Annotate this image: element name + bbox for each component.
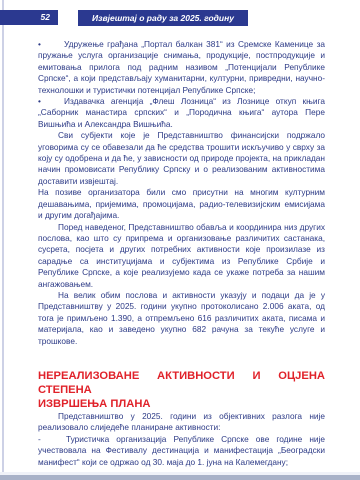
paragraph-pozivi: На позиве организатора били смо присутни…: [38, 187, 325, 221]
section-heading: НЕРЕАЛИЗОВАНЕ АКТИВНОСТИ И ОЦЈЕНА СТЕПЕН…: [38, 369, 325, 411]
paragraph-nerealizovano: Представништво у 2025. години из објекти…: [38, 411, 325, 434]
bullet-text: Удружење грађана „Портал балкан 381“ из …: [38, 39, 325, 95]
paragraph-obim: На велик обим послова и активности указу…: [38, 290, 325, 347]
bullet-item: •Удружење грађана „Портал балкан 381“ из…: [38, 39, 325, 96]
page-bottom-border: [0, 475, 360, 480]
paragraph-pored: Поред наведеног, Представништво обавља и…: [38, 222, 325, 290]
bullet-text: Издавачка агенција „Флеш Лозница“ из Лоз…: [38, 96, 325, 129]
page-number: 52: [41, 12, 50, 22]
dash-item-text: Туристичка организација Републике Српске…: [38, 434, 325, 467]
page-number-badge: 52: [0, 10, 58, 25]
page-left-border: [2, 0, 4, 474]
running-header: Извјештај о раду за 2025. годину: [78, 10, 248, 26]
bullet-marker: •: [38, 96, 64, 107]
dash-item: -Туристичка организација Републике Српск…: [38, 434, 325, 468]
page-content: •Удружење грађана „Портал балкан 381“ из…: [38, 39, 325, 468]
running-header-title: Извјештај о раду за 2025. годину: [92, 13, 234, 23]
dash-marker: -: [38, 434, 66, 445]
paragraph-subjekti: Сви субјекти које је Представништво фина…: [38, 130, 325, 187]
section-heading-line2: ИЗВРШЕЊА ПЛАНА: [38, 397, 325, 411]
document-page: 52 Извјештај о раду за 2025. годину •Удр…: [0, 0, 360, 480]
bullet-marker: •: [38, 39, 64, 50]
bullet-item: •Издавачка агенција „Флеш Лозница“ из Ло…: [38, 96, 325, 130]
section-heading-line1: НЕРЕАЛИЗОВАНЕ АКТИВНОСТИ И ОЦЈЕНА СТЕПЕН…: [38, 369, 325, 397]
